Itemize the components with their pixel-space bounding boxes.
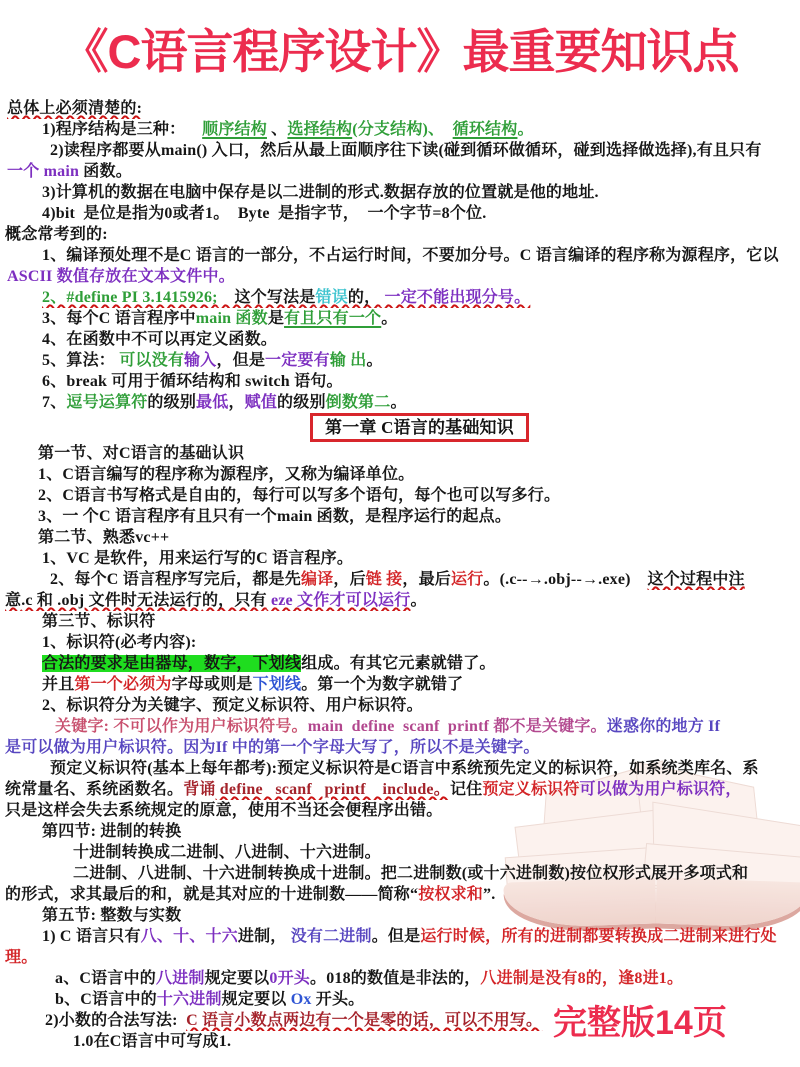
text-segment: ，: [228, 394, 244, 411]
text-segment: 1、标识符(必考内容):: [42, 634, 196, 651]
text-segment: 八进制是没有8的，逢8进1: [480, 970, 667, 987]
text-line: 1、C语言编写的程序称为源程序，又称为编译单位。: [5, 464, 798, 485]
text-segment: eze 文作才可以运行: [267, 592, 411, 609]
text-line: 第一节、对C语言的基础认识: [5, 443, 798, 464]
text-line: 关键字: 不可以作为用户标识符号。main define scanf print…: [5, 716, 798, 737]
text-segment: 是可以做为用户标识符。因为If 中的第一个字母大写了，所以不是关键字。: [5, 739, 540, 756]
text-segment: 是: [268, 310, 284, 327]
text-line: 3)计算机的数据在电脑中保存是以二进制的形式.数据存放的位置就是他的地址.: [5, 182, 798, 203]
text-segment: 记住: [450, 781, 482, 798]
text-segment: [185, 121, 202, 138]
text-segment: 赋值: [245, 394, 277, 411]
text-segment: define scanf printf include。: [216, 781, 450, 798]
text-line: 二进制、八进制、十六进制转换成十进制。把二进制数(或十六进制数)按位权形式展开多…: [5, 863, 798, 884]
text-segment: 按权求和: [418, 886, 483, 903]
text-segment: b、C语言中的: [55, 991, 157, 1008]
text-segment: ，最后: [402, 571, 451, 588]
text-segment: 八、十、十六: [141, 928, 238, 945]
text-segment: 输入: [184, 352, 216, 369]
text-line: 合法的要求是由器母，数字，下划线组成。有其它元素就错了。: [5, 653, 798, 674]
text-segment: 3、每个C 语言程序中: [42, 310, 196, 327]
text-segment: 的，: [348, 289, 380, 306]
text-segment: 预定义标识符(基本上每年都考):预定义标识符是C语言中系统预先定义的标识符，如系…: [50, 760, 759, 777]
text-line: 总体上必须清楚的:: [5, 98, 798, 119]
text-segment: 2、标识符分为关键字、预定义标识符、用户标识符。: [42, 697, 423, 714]
text-segment: 2、C语言书写格式是自由的，每行可以写多个语句，每个也可以写多行。: [38, 487, 560, 504]
text-segment: 。018的数值是非法的，: [310, 970, 480, 987]
text-segment: 1.0在C语言中可写成1.: [73, 1033, 231, 1050]
text-segment: 第一个必须为: [74, 676, 171, 693]
text-segment: 十进制转换成二进制、八进制、十六进制。: [73, 844, 381, 861]
text-segment: 顺序结构: [202, 121, 267, 138]
text-segment: 运行时候，所有的进制都要转换成二进制来进行处: [420, 928, 776, 945]
text-line: 1、标识符(必考内容):: [5, 632, 798, 653]
text-segment: 第二节、熟悉vc++: [38, 529, 169, 546]
text-segment: 1、VC 是软件，用来运行写的C 语言程序。: [42, 550, 353, 567]
text-segment: 。: [381, 310, 397, 327]
text-segment: Byte: [238, 205, 270, 222]
text-segment: main 函数: [196, 310, 268, 327]
text-segment: 。但是: [372, 928, 421, 945]
text-segment: 最低: [196, 394, 228, 411]
text-segment: 迷惑你的地方 If: [607, 718, 720, 735]
text-line: 的形式，求其最后的和，就是其对应的十进制数——简称“按权求和”.: [5, 884, 798, 905]
text-segment: 1、编译预处理不是C 语言的一部分，不占运行时间，不要加分号。C 语言编译的程序…: [42, 247, 779, 264]
text-segment: 八进制: [156, 970, 205, 987]
text-segment: 选择结构: [287, 121, 352, 138]
text-segment: 的形式，求其最后的和，就是其对应的十进制数——简称“: [5, 886, 418, 903]
text-segment: 概念常考到的:: [5, 226, 108, 243]
text-segment: 。(.c--→.obj--→.exe): [483, 571, 630, 588]
text-segment: .c 和 .obj 文件时无法运行: [21, 592, 202, 609]
text-segment: ”.: [483, 886, 495, 903]
chapter-heading-line: 第一章 C语言的基础知识: [5, 413, 798, 443]
text-segment: [631, 571, 648, 588]
text-segment: 组成。有其它元素就错了。: [301, 655, 495, 672]
text-segment: 这个过程中注: [648, 571, 745, 588]
text-segment: ，后: [333, 571, 365, 588]
text-segment: 2)读程序都要从: [50, 142, 161, 159]
text-segment: main: [44, 163, 79, 180]
text-segment: 。第一个为数字就错了: [301, 676, 463, 693]
text-segment: 统常量名、系统函数名。: [5, 781, 183, 798]
text-line: 2、#define PI 3.1415926; 这个写法是错误的， 一定不能出现…: [5, 287, 798, 308]
text-segment: 有且只有一个: [284, 310, 381, 327]
text-segment: 3)计算机的数据在电脑中保存是以二进制的形式.数据存放的位置就是他的地址.: [42, 184, 599, 201]
text-line: 统常量名、系统函数名。背诵 define scanf printf includ…: [5, 779, 798, 800]
text-segment: 2、#define PI 3.1415926;: [42, 289, 218, 306]
text-segment: 编译: [301, 571, 333, 588]
full-version-badge: 完整版14页: [553, 995, 727, 1044]
text-line: 十进制转换成二进制、八进制、十六进制。: [5, 842, 798, 863]
text-line: 第五节: 整数与实数: [5, 905, 798, 926]
text-line: 第四节: 进制的转换: [5, 821, 798, 842]
text-line: ASCII 数值存放在文本文件中。: [5, 266, 798, 287]
text-segment: 1、C语言编写的程序称为源程序，又称为编译单位。: [38, 466, 414, 483]
text-segment: 、: [267, 121, 287, 138]
text-segment: 输 出: [330, 352, 367, 369]
text-segment: 5、算法：: [42, 352, 115, 369]
document-body: 总体上必须清楚的:1)程序结构是三种： 顺序结构 、选择结构(分支结构)、 循环…: [0, 98, 800, 1052]
text-segment: 的，只有: [202, 592, 267, 609]
text-segment: 3、一 个C 语言程序有且只有一个main 函数，是程序运行的起点。: [38, 508, 511, 525]
text-segment: 的级别: [277, 394, 326, 411]
text-segment: 第一节、对C语言的基础认识: [38, 445, 244, 462]
text-line: 预定义标识符(基本上每年都考):预定义标识符是C语言中系统预先定义的标识符，如系…: [5, 758, 798, 779]
text-segment: main(): [161, 142, 208, 159]
text-line: a、C语言中的八进制规定要以0开头。018的数值是非法的，八进制是没有8的，逢8…: [5, 968, 798, 989]
text-segment: 只是这样会失去系统规定的原意，使用不当还会便程序出错。: [5, 802, 442, 819]
text-segment: 第五节: 整数与实数: [42, 907, 181, 924]
text-line: 4、在函数中不可以再定义函数。: [5, 329, 798, 350]
text-line: 2、C语言书写格式是自由的，每行可以写多个语句，每个也可以写多行。: [5, 485, 798, 506]
text-line: 并且第一个必须为字母或则是下划线。第一个为数字就错了: [5, 674, 798, 695]
text-line: 1、编译预处理不是C 语言的一部分，不占运行时间，不要加分号。C 语言编译的程序…: [5, 245, 798, 266]
text-line: 2)读程序都要从main() 入口，然后从最上面顺序往下读(碰到循环做循环，碰到…: [5, 140, 798, 161]
chapter-box: 第一章 C语言的基础知识: [310, 413, 529, 442]
text-segment: 4)bit: [42, 205, 75, 222]
text-segment: 是位是指为0或者1。: [75, 205, 238, 222]
text-line: 3、每个C 语言程序中main 函数是有且只有一个。: [5, 308, 798, 329]
text-segment: 开头。: [312, 991, 365, 1008]
text-segment: 关键字: 不可以作为用户标识符号。: [55, 718, 308, 735]
text-segment: 意: [5, 592, 21, 609]
text-segment: 逗号运算符: [66, 394, 147, 411]
text-segment: 并且: [42, 676, 74, 693]
text-segment: 链 接: [366, 571, 403, 588]
text-segment: 。: [410, 592, 426, 609]
text-segment: a、C语言中的: [55, 970, 156, 987]
text-segment: 1)程序结构是三种：: [42, 121, 185, 138]
text-segment: 预定义标识符: [482, 781, 579, 798]
text-segment: main define scanf printf 都不是关键字: [308, 718, 591, 735]
text-line: 7、逗号运算符的级别最低，赋值的级别倒数第二。: [5, 392, 798, 413]
text-segment: 。: [667, 970, 683, 987]
text-segment: 下划线: [253, 676, 302, 693]
text-line: 是可以做为用户标识符。因为If 中的第一个字母大写了，所以不是关键字。: [5, 737, 798, 758]
text-line: 一个 main 函数。: [5, 161, 798, 182]
text-segment: (分支结构)、: [352, 121, 444, 138]
text-segment: 0开头: [269, 970, 310, 987]
text-segment: 总体上必须清楚的:: [7, 100, 142, 117]
text-segment: 。: [517, 121, 533, 138]
text-segment: 一定不能出现分号。: [380, 289, 530, 306]
text-segment: ASCII 数值存放在文本文件中。: [7, 268, 235, 285]
text-segment: 这个写法是: [218, 289, 316, 306]
text-segment: ，但是: [216, 352, 265, 369]
text-segment: 规定要以: [205, 970, 270, 987]
text-segment: 第四节: 进制的转换: [42, 823, 181, 840]
text-line: 4)bit 是位是指为0或者1。 Byte 是指字节， 一个字节=8个位.: [5, 203, 798, 224]
text-segment: C 语言小数点两边有一个是零的话，可以不用写。: [186, 1012, 542, 1029]
text-line: 理。: [5, 947, 798, 968]
text-segment: 错误: [316, 289, 348, 306]
text-line: 1、VC 是软件，用来运行写的C 语言程序。: [5, 548, 798, 569]
text-segment: 可以没有: [119, 352, 184, 369]
text-segment: 第三节、标识符: [42, 613, 155, 630]
text-line: 2、标识符分为关键字、预定义标识符、用户标识符。: [5, 695, 798, 716]
text-segment: 。: [366, 352, 382, 369]
text-segment: 十六进制: [157, 991, 222, 1008]
text-segment: 一个: [7, 163, 44, 180]
text-segment: 运行: [451, 571, 483, 588]
text-line: 概念常考到的:: [5, 224, 798, 245]
text-segment: 合法的要求是由器母，数字，下划线: [42, 655, 301, 672]
text-segment: 入口，然后从最上面顺序往下读(碰到循环做循环，碰到选择做选择),有且只有: [207, 142, 761, 159]
text-segment: [444, 121, 452, 138]
text-segment: 函数。: [79, 163, 132, 180]
text-segment: 循环结构: [453, 121, 518, 138]
text-segment: 7、: [42, 394, 66, 411]
text-line: 1) C 语言只有八、十、十六进制， 没有二进制。但是运行时候，所有的进制都要转…: [5, 926, 798, 947]
text-segment: 进制，: [238, 928, 291, 945]
text-segment: 是指字节， 一个字节=8个位.: [270, 205, 487, 222]
text-segment: 可以做为用户标识符，: [580, 781, 742, 798]
page-title: 《C语言程序设计》最重要知识点: [0, 0, 800, 98]
text-segment: 背诵: [183, 781, 215, 798]
text-segment: 没有二进制: [291, 928, 372, 945]
text-line: 意.c 和 .obj 文件时无法运行的，只有 eze 文作才可以运行。: [5, 590, 798, 611]
text-segment: 理。: [5, 949, 37, 966]
text-segment: Ox: [291, 991, 312, 1008]
text-segment: 1) C 语言只有: [42, 928, 141, 945]
text-segment: 倒数第二: [326, 394, 391, 411]
text-segment: 2)小数的合法写法:: [45, 1012, 186, 1029]
text-segment: 二进制、八进制、十六进制转换成十进制。把二进制数(或十六进制数)按位权形式展开多…: [73, 865, 748, 882]
text-segment: 规定要以: [222, 991, 291, 1008]
text-segment: 的级别: [147, 394, 196, 411]
text-line: 3、一 个C 语言程序有且只有一个main 函数，是程序运行的起点。: [5, 506, 798, 527]
text-line: 第三节、标识符: [5, 611, 798, 632]
text-line: 只是这样会失去系统规定的原意，使用不当还会便程序出错。: [5, 800, 798, 821]
text-line: 2、每个C 语言程序写完后，都是先编译，后链 接，最后运行。(.c--→.obj…: [5, 569, 798, 590]
text-segment: 字母或则是: [172, 676, 253, 693]
text-line: 5、算法： 可以没有输入，但是一定要有输 出。: [5, 350, 798, 371]
text-segment: 4、在函数中不可以再定义函数。: [42, 331, 277, 348]
text-segment: 。: [390, 394, 406, 411]
text-line: 6、break 可用于循环结构和 switch 语句。: [5, 371, 798, 392]
text-segment: 2、每个C 语言程序写完后，都是先: [50, 571, 301, 588]
text-segment: 一定要有: [265, 352, 330, 369]
text-line: 1)程序结构是三种： 顺序结构 、选择结构(分支结构)、 循环结构。: [5, 119, 798, 140]
text-segment: 。: [591, 718, 607, 735]
text-line: 第二节、熟悉vc++: [5, 527, 798, 548]
text-segment: 6、break 可用于循环结构和 switch 语句。: [42, 373, 343, 390]
